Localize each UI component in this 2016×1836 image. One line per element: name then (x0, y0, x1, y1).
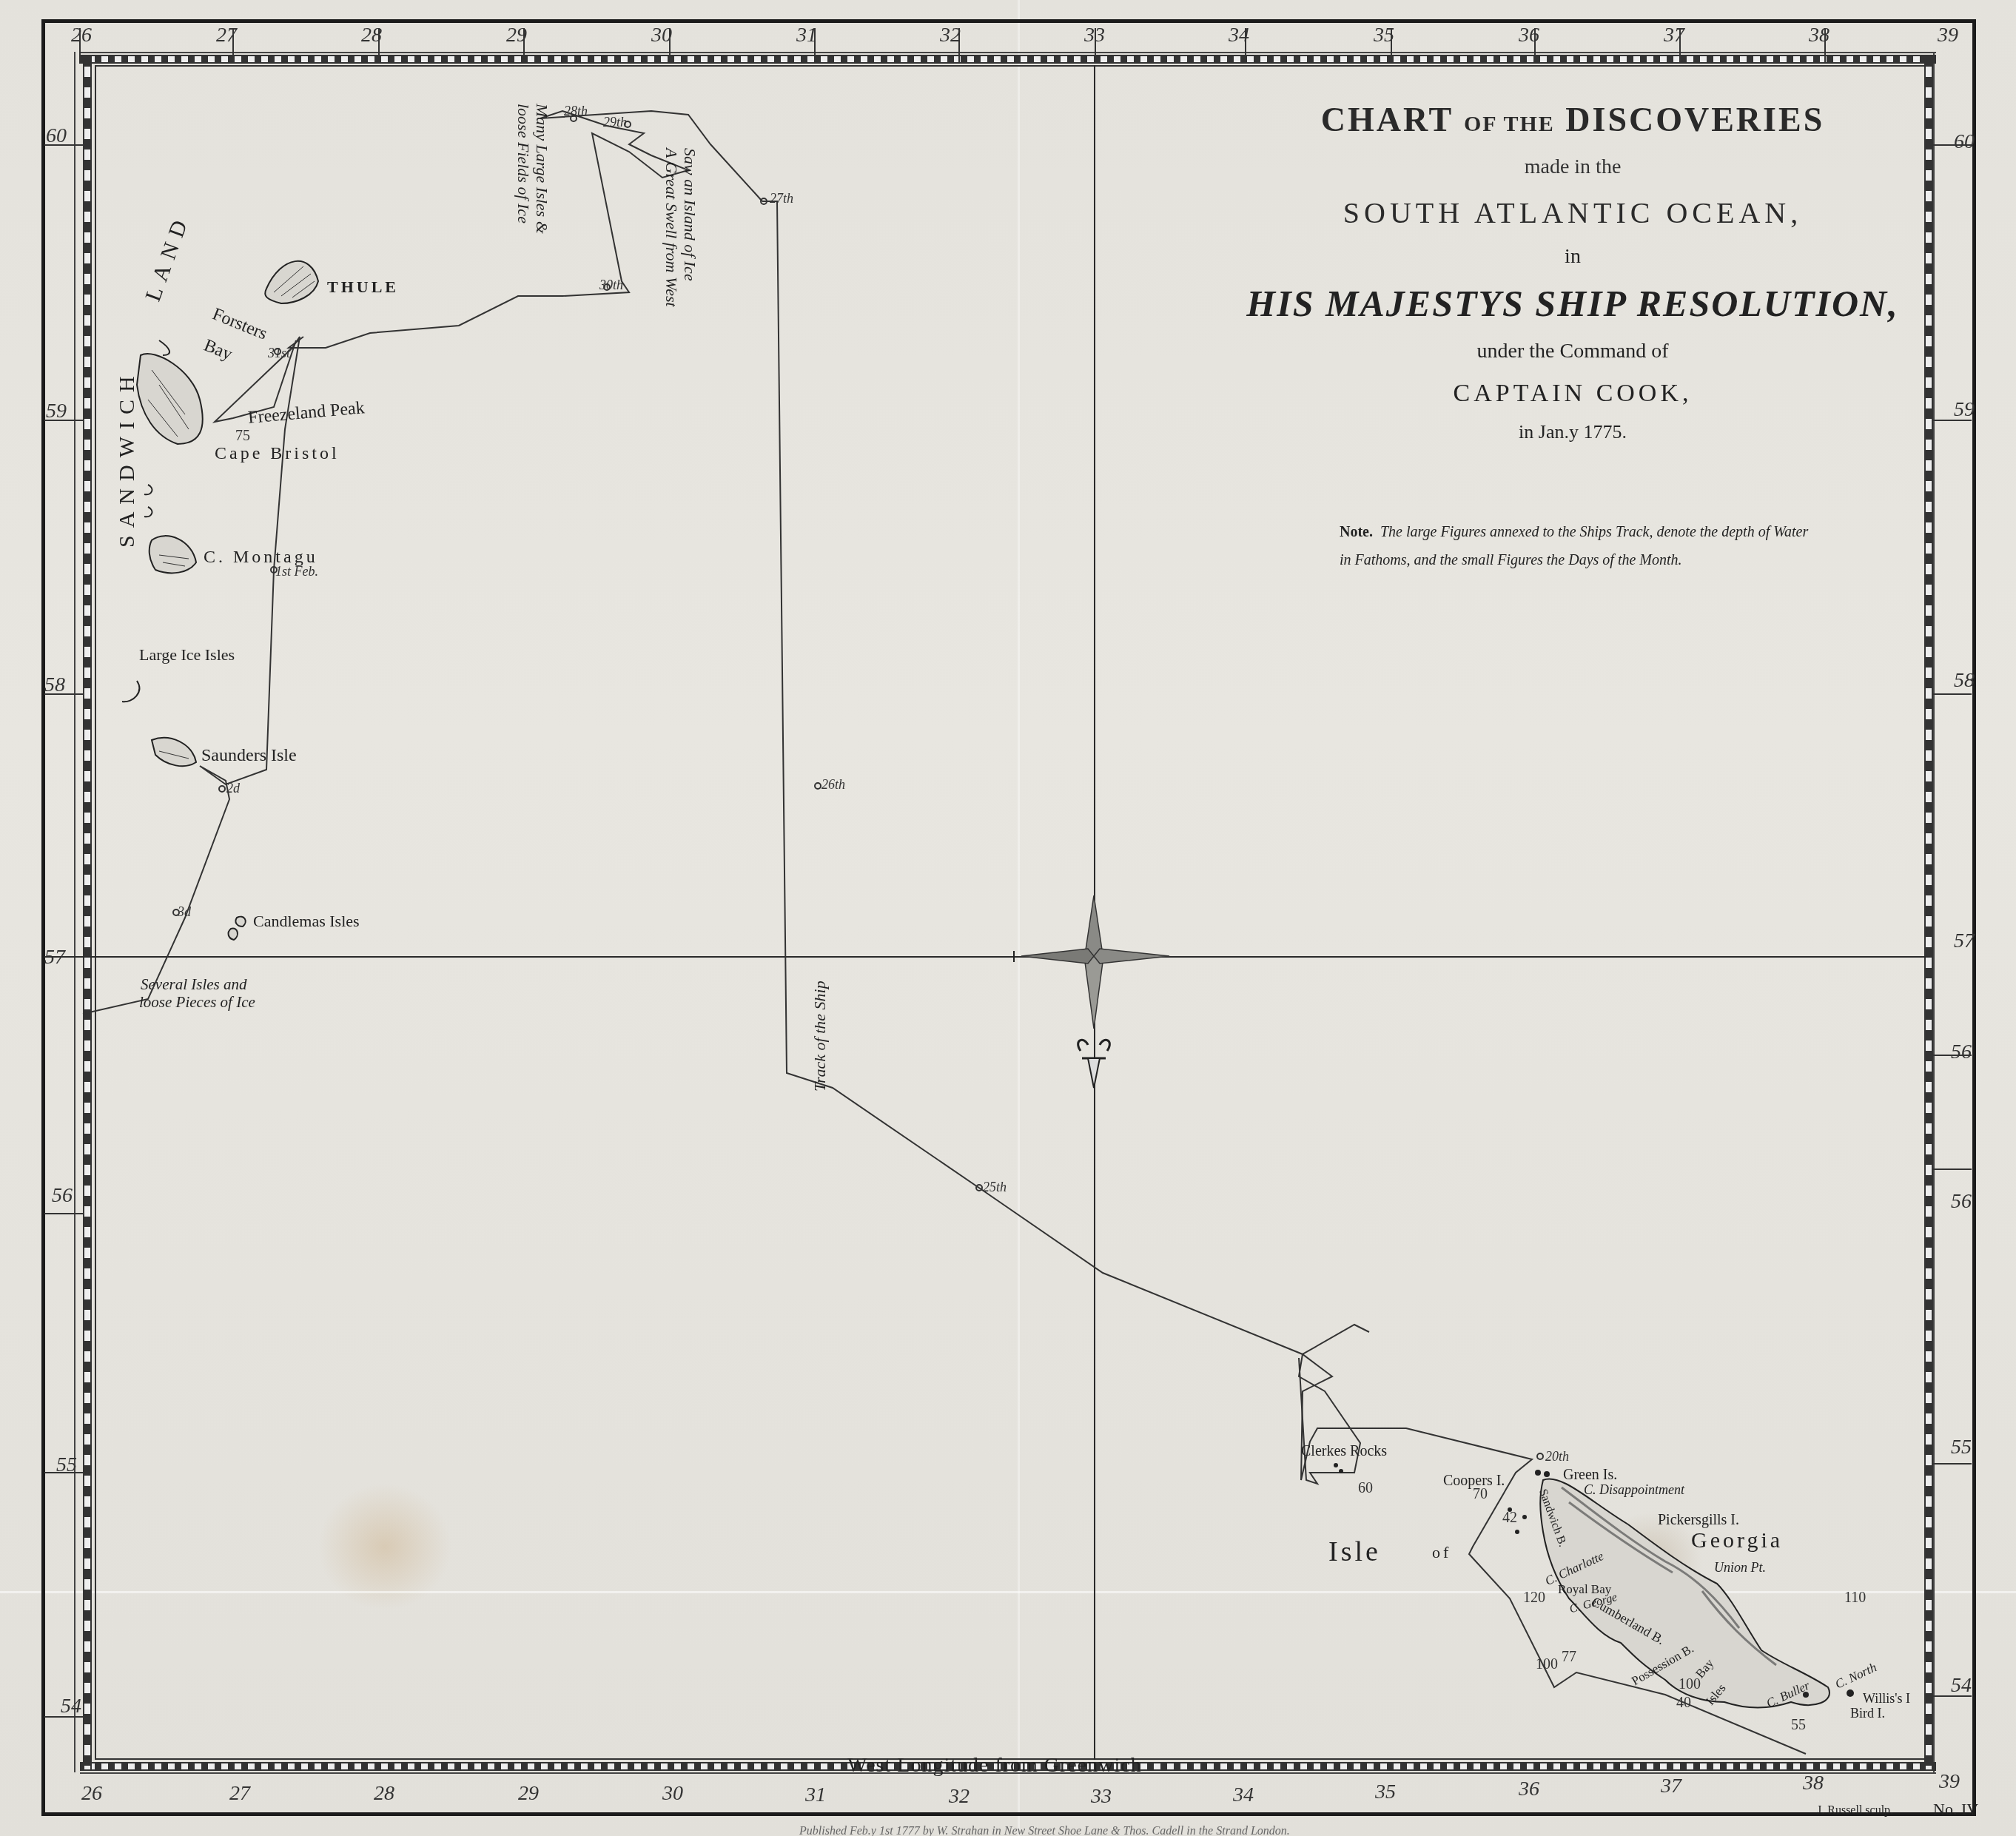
label-cape-bristol: Cape Bristol (215, 444, 340, 464)
label-large-ice-isles: Large Ice Isles (139, 645, 235, 665)
depth-label: 100 (1679, 1676, 1701, 1693)
day-label: 3d (178, 904, 191, 920)
depth-label: 120 (1523, 1590, 1545, 1607)
title-of-the: of the (1464, 112, 1555, 136)
engraver-credit: J. Russell sculp. (1817, 1804, 1893, 1817)
day-label: 1st Feb. (275, 564, 318, 579)
label-saunders-isle: Saunders Isle (201, 746, 297, 766)
label-saw-island: Saw an Island of Ice (680, 148, 699, 281)
title-chart: Chart (1321, 101, 1454, 138)
island-saunders (152, 738, 196, 766)
longitude-axis-label: West Longitude from Greenwich (847, 1754, 1142, 1778)
label-track-of-ship: Track of the Ship (810, 981, 830, 1092)
island-freezeland (137, 354, 203, 444)
plate-number: No. IV (1933, 1800, 1978, 1819)
label-clerkes-rocks: Clerkes Rocks (1301, 1443, 1387, 1460)
day-label: 2d (226, 781, 240, 796)
title-in: in (1184, 245, 1961, 269)
candlemas-isle (235, 917, 245, 927)
islet (144, 485, 152, 494)
label-candlemas-isles: Candlemas Isles (253, 912, 360, 931)
title-date: in Jan.y 1775. (1184, 421, 1961, 443)
depth-label: 110 (1844, 1590, 1866, 1607)
depth-label: 42 (1502, 1510, 1517, 1527)
depth-label: 55 (1791, 1717, 1806, 1734)
island-hatching (148, 266, 315, 759)
label-thule: THULE (327, 278, 399, 297)
label-bird-i: Bird I. (1850, 1706, 1885, 1721)
label-great-swell: A Great Swell from West (662, 148, 681, 307)
note-text: The large Figures annexed to the Ships T… (1340, 524, 1808, 568)
label-several-isles: Several Isles and (141, 975, 246, 994)
label-union-pt: Union Pt. (1714, 1560, 1766, 1576)
title-discoveries: Discoveries (1565, 101, 1824, 138)
day-label: 26th (821, 777, 845, 793)
depth-label: 75 (235, 428, 250, 445)
depth-label: 60 (1358, 1480, 1373, 1497)
lon-tick-marks (80, 28, 1825, 64)
title-captain: Captain Cook, (1184, 380, 1961, 408)
day-label: 29th (603, 115, 627, 130)
title-made-in-the: made in the (1184, 155, 1961, 179)
label-loose-fields: loose Fields of Ice (514, 104, 533, 223)
compass-rose (1014, 895, 1169, 1088)
day-label: 25th (983, 1180, 1007, 1195)
day-label: 30th (599, 278, 623, 293)
day-label: 20th (1545, 1449, 1569, 1465)
label-c-disappointment: C. Disappointment (1584, 1482, 1684, 1498)
island-thule (265, 261, 318, 303)
label-many-large-isles: Many Large Isles & (532, 104, 551, 234)
label-sandwich: SANDWICH (115, 369, 140, 548)
label-isle: Isle (1328, 1536, 1381, 1568)
label-of: of (1432, 1543, 1451, 1562)
title-block: Chart of the Discoveries made in the Sou… (1184, 100, 1961, 443)
depth-label: 70 (1473, 1486, 1488, 1503)
label-green-is: Green Is. (1563, 1467, 1617, 1484)
title-ship: His Majestys Ship Resolution, (1184, 282, 1961, 325)
title-line-1: Chart of the Discoveries (1184, 100, 1961, 139)
day-label: 31st (268, 346, 290, 361)
island-montagu (149, 536, 196, 573)
note-label: Note. (1340, 524, 1373, 540)
label-georgia: Georgia (1691, 1528, 1783, 1553)
depth-label: 40 (1676, 1695, 1691, 1712)
day-label: 28th (564, 104, 588, 119)
islet (144, 507, 152, 517)
day-label: 27th (770, 191, 793, 206)
label-loose-pieces: loose Pieces of Ice (139, 993, 255, 1012)
candlemas-isle (229, 929, 238, 940)
depth-label: 100 (1536, 1656, 1558, 1673)
label-willis-i: Willis's I (1863, 1691, 1910, 1706)
title-command: under the Command of (1184, 340, 1961, 363)
publication-line: Published Feb.y 1st 1777 by W. Strahan i… (799, 1825, 1290, 1836)
islet (159, 340, 169, 355)
note: Note.The large Figures annexed to the Sh… (1340, 518, 1813, 574)
title-ocean: South Atlantic Ocean, (1184, 195, 1961, 230)
label-pickersgills-i: Pickersgills I. (1658, 1512, 1739, 1529)
ice-isle (122, 681, 139, 702)
depth-label: 77 (1562, 1649, 1576, 1666)
